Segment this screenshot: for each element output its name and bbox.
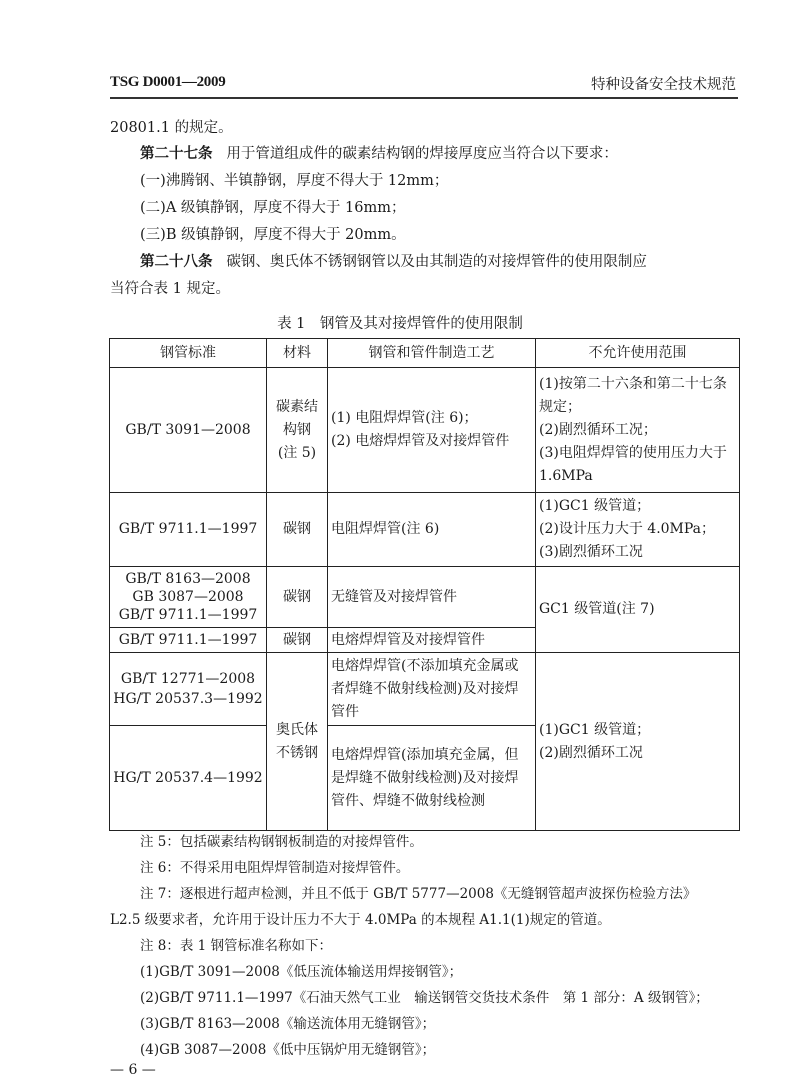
article-28-text: 碳钢、奥氏体不锈钢钢管以及由其制造的对接焊管件的使用限制应: [226, 254, 647, 270]
col-header-process: 钢管和管件制造工艺: [328, 339, 536, 368]
cell-standard: GB/T 9711.1—1997: [110, 493, 267, 567]
standard-line: GB 3087—2008: [113, 588, 263, 606]
cell-process: 电熔焊焊管及对接焊管件: [328, 628, 536, 653]
cell-standard: HG/T 20537.4—1992: [110, 726, 267, 831]
table-caption: 表 1 钢管及其对接焊管件的使用限制: [0, 314, 800, 334]
note-8: 注 8：表 1 钢管标准名称如下：: [140, 936, 332, 956]
cell-restriction: (1)按第二十六条和第二十七条规定； (2)剧烈循环工况； (3)电阻焊焊管的使…: [536, 368, 740, 493]
page-number: — 6 —: [110, 1062, 156, 1078]
restriction-line: (2)剧烈循环工况: [539, 742, 736, 765]
cell-process: 无缝管及对接焊管件: [328, 567, 536, 628]
cell-material: 碳钢: [267, 493, 328, 567]
restriction-line: (2)剧烈循环工况；: [539, 419, 736, 442]
table-row: GB/T 9711.1—1997 碳钢 电阻焊焊管(注 6) (1)GC1 级管…: [110, 493, 740, 567]
process-line: (1) 电阻焊焊管(注 6)；: [331, 407, 532, 430]
table-row: GB/T 3091—2008 碳素结 构钢 (注 5) (1) 电阻焊焊管(注 …: [110, 368, 740, 493]
cell-material: 奥氏体 不锈钢: [267, 653, 328, 831]
article-27-item-1: (一)沸腾钢、半镇静钢，厚度不得大于 12mm；: [140, 171, 448, 191]
cell-standard: GB/T 8163—2008 GB 3087—2008 GB/T 9711.1—…: [110, 567, 267, 628]
col-header-standard: 钢管标准: [110, 339, 267, 368]
note-8-item-2: (2)GB/T 9711.1—1997《石油天然气工业 输送钢管交货技术条件 第…: [140, 988, 709, 1008]
note-5: 注 5：包括碳素结构钢钢板制造的对接焊管件。: [140, 832, 423, 852]
note-8-item-1: (1)GB/T 3091—2008《低压流体输送用焊接钢管》；: [140, 962, 462, 982]
cell-process: (1) 电阻焊焊管(注 6)； (2) 电熔焊焊管及对接焊管件: [328, 368, 536, 493]
restriction-line: (3)剧烈循环工况: [539, 541, 736, 564]
standard-line: HG/T 20537.3—1992: [113, 689, 263, 709]
cell-standard: GB/T 12771—2008 HG/T 20537.3—1992: [110, 653, 267, 726]
header-rule: [110, 97, 738, 99]
material-line: 构钢: [270, 419, 324, 442]
col-header-material: 材料: [267, 339, 328, 368]
article-27-item-2: (二)A 级镇静钢，厚度不得大于 16mm；: [140, 198, 405, 218]
cell-material: 碳钢: [267, 567, 328, 628]
article-28: 第二十八条 碳钢、奥氏体不锈钢钢管以及由其制造的对接焊管件的使用限制应: [140, 252, 647, 272]
table-header-row: 钢管标准 材料 钢管和管件制造工艺 不允许使用范围: [110, 339, 740, 368]
material-line: 奥氏体: [270, 719, 324, 742]
cell-restriction: (1)GC1 级管道； (2)剧烈循环工况: [536, 653, 740, 831]
article-27-text: 用于管道组成件的碳素结构钢的焊接厚度应当符合以下要求：: [226, 146, 618, 162]
note-8-item-4: (4)GB 3087—2008《低中压锅炉用无缝钢管》；: [140, 1040, 435, 1060]
standard-line: GB/T 9711.1—1997: [113, 606, 263, 624]
cell-restriction: (1)GC1 级管道； (2)设计压力大于 4.0MPa； (3)剧烈循环工况: [536, 493, 740, 567]
cell-material: 碳钢: [267, 628, 328, 653]
note-8-item-3: (3)GB/T 8163—2008《输送流体用无缝钢管》；: [140, 1014, 435, 1034]
article-27: 第二十七条 用于管道组成件的碳素结构钢的焊接厚度应当符合以下要求：: [140, 144, 618, 164]
article-28-cont: 当符合表 1 规定。: [110, 279, 230, 299]
standard-line: GB/T 12771—2008: [113, 669, 263, 689]
restriction-line: (3)电阻焊焊管的使用压力大于 1.6MPa: [539, 442, 736, 488]
usage-restriction-table: 钢管标准 材料 钢管和管件制造工艺 不允许使用范围 GB/T 3091—2008…: [109, 338, 740, 831]
cell-standard: GB/T 3091—2008: [110, 368, 267, 493]
material-line: 不锈钢: [270, 742, 324, 765]
note-7: 注 7：逐根进行超声检测，并且不低于 GB/T 5777—2008《无缝钢管超声…: [140, 884, 696, 904]
process-line: (2) 电熔焊焊管及对接焊管件: [331, 430, 532, 453]
material-line: (注 5): [270, 442, 324, 465]
paragraph-continuation: 20801.1 的规定。: [110, 118, 233, 138]
cell-standard: GB/T 9711.1—1997: [110, 628, 267, 653]
col-header-restriction: 不允许使用范围: [536, 339, 740, 368]
restriction-line: (1)GC1 级管道；: [539, 495, 736, 518]
restriction-line: (1)按第二十六条和第二十七条规定；: [539, 373, 736, 419]
cell-material: 碳素结 构钢 (注 5): [267, 368, 328, 493]
article-27-item-3: (三)B 级镇静钢，厚度不得大于 20mm。: [140, 225, 406, 245]
article-27-title: 第二十七条: [140, 145, 213, 162]
material-line: 碳素结: [270, 396, 324, 419]
article-28-title: 第二十八条: [140, 253, 213, 270]
restriction-line: (2)设计压力大于 4.0MPa；: [539, 518, 736, 541]
restriction-line: (1)GC1 级管道；: [539, 719, 736, 742]
table-row: GB/T 12771—2008 HG/T 20537.3—1992 奥氏体 不锈…: [110, 653, 740, 726]
note-7-cont: L2.5 级要求者，允许用于设计压力不大于 4.0MPa 的本规程 A1.1(1…: [110, 910, 611, 930]
cell-restriction: GC1 级管道(注 7): [536, 567, 740, 653]
cell-process: 电熔焊焊管(添加填充金属，但是焊缝不做射线检测)及对接焊管件、焊缝不做射线检测: [328, 726, 536, 831]
standard-line: GB/T 8163—2008: [113, 570, 263, 588]
table-row: GB/T 8163—2008 GB 3087—2008 GB/T 9711.1—…: [110, 567, 740, 628]
doc-series-title: 特种设备安全技术规范: [591, 73, 736, 94]
note-6: 注 6：不得采用电阻焊焊管制造对接焊管件。: [140, 858, 409, 878]
doc-code: TSG D0001—2009: [110, 74, 225, 91]
cell-process: 电阻焊焊管(注 6): [328, 493, 536, 567]
cell-process: 电熔焊焊管(不添加填充金属或者焊缝不做射线检测)及对接焊管件: [328, 653, 536, 726]
